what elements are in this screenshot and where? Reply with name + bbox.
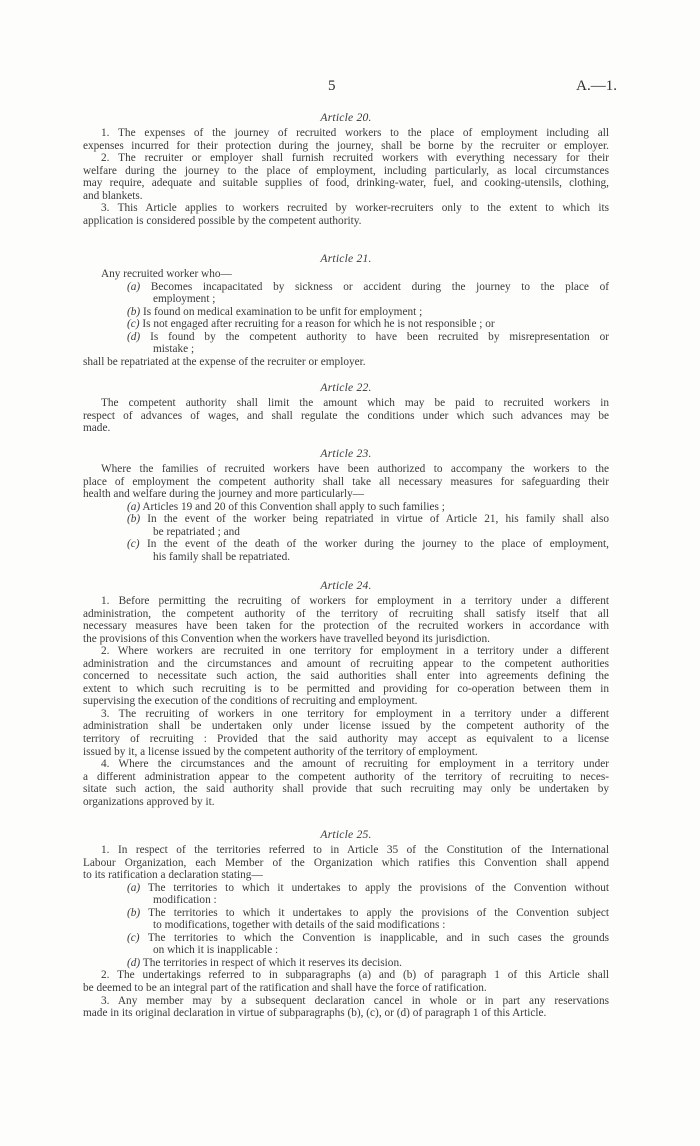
line-text: Labour Organization, each Member of the … xyxy=(83,857,609,869)
list-label: (b) xyxy=(127,306,140,318)
line-text: shall be repatriated at the expense of t… xyxy=(83,356,366,368)
text-line: 1. In respect of the territories referre… xyxy=(83,844,609,857)
line-text: to modifications, together with details … xyxy=(153,919,445,931)
text-line: place of employment the competent author… xyxy=(83,476,609,489)
line-text: 2. The undertakings referred to in subpa… xyxy=(101,969,609,981)
line-text: to its ratification a declaration statin… xyxy=(83,869,263,881)
text-line: The competent authority shall limit the … xyxy=(83,397,609,410)
line-text: administration, the competent authority … xyxy=(83,608,609,620)
line-text: 3. This Article applies to workers recru… xyxy=(101,202,609,214)
list-label: (a) xyxy=(127,501,140,513)
list-label: (a) xyxy=(127,281,140,293)
text-line: 2. The recruiter or employer shall furni… xyxy=(83,152,609,165)
line-text: place of employment the competent author… xyxy=(83,476,609,488)
text-line: mistake ; xyxy=(83,343,609,356)
text-line: (b) The territories to which it undertak… xyxy=(83,907,609,920)
text-line: issued by it, a license issued by the co… xyxy=(83,746,609,759)
list-label: (c) xyxy=(127,932,140,944)
article-section: Article 25.1. In respect of the territor… xyxy=(83,827,609,1020)
line-text: expenses incurred for their protection d… xyxy=(83,140,609,152)
text-line: 1. Before permitting the recruiting of w… xyxy=(83,595,609,608)
text-line: 3. This Article applies to workers recru… xyxy=(83,202,609,215)
article-section: Article 22.The competent authority shall… xyxy=(83,380,609,435)
line-text: 2. Where workers are recruited in one te… xyxy=(101,645,609,657)
line-text: supervising the execution of the conditi… xyxy=(83,695,417,707)
line-text: The territories to which it undertakes t… xyxy=(140,907,609,919)
line-text: 3. Any member may by a subsequent declar… xyxy=(101,995,609,1007)
text-line: necessary measures have been taken for t… xyxy=(83,620,609,633)
article-section: Article 20.1. The expenses of the journe… xyxy=(83,110,609,227)
text-line: be repatriated ; and xyxy=(83,526,609,539)
text-line: 1. The expenses of the journey of recrui… xyxy=(83,127,609,140)
list-label: (d) xyxy=(127,331,140,343)
text-line: to modifications, together with details … xyxy=(83,919,609,932)
text-line: expenses incurred for their protection d… xyxy=(83,140,609,153)
text-line: (d) Is found by the competent authority … xyxy=(83,331,609,344)
text-line: modification : xyxy=(83,894,609,907)
article-heading: Article 21. xyxy=(83,251,609,266)
line-text: The territories to which it undertakes t… xyxy=(140,882,609,894)
text-line: extent to which such recruiting is to be… xyxy=(83,683,609,696)
text-line: supervising the execution of the conditi… xyxy=(83,695,609,708)
text-line: (a) Articles 19 and 20 of this Conventio… xyxy=(83,501,609,514)
text-line: application is considered possible by th… xyxy=(83,215,609,228)
line-text: be repatriated ; and xyxy=(153,526,240,538)
line-text: necessary measures have been taken for t… xyxy=(83,620,609,632)
text-line: (a) Becomes incapacitated by sickness or… xyxy=(83,281,609,294)
list-label: (c) xyxy=(127,538,140,550)
text-line: 2. The undertakings referred to in subpa… xyxy=(83,969,609,982)
text-line: (a) The territories to which it undertak… xyxy=(83,882,609,895)
line-text: 3. The recruiting of workers in one terr… xyxy=(101,708,609,720)
text-line: (c) In the event of the death of the wor… xyxy=(83,538,609,551)
text-line: his family shall be repatriated. xyxy=(83,551,609,564)
line-text: The territories to which the Convention … xyxy=(140,932,609,944)
text-line: Where the families of recruited workers … xyxy=(83,463,609,476)
line-text: mistake ; xyxy=(153,343,194,355)
text-line: administration, the competent authority … xyxy=(83,608,609,621)
line-text: welfare during the journey to the place … xyxy=(83,165,609,177)
article-heading: Article 20. xyxy=(83,110,609,125)
text-line: welfare during the journey to the place … xyxy=(83,165,609,178)
line-text: made in its original declaration in virt… xyxy=(83,1007,546,1019)
line-text: issued by it, a license issued by the co… xyxy=(83,746,478,758)
text-line: a different administration appear to the… xyxy=(83,771,609,784)
article-heading: Article 23. xyxy=(83,446,609,461)
text-line: shall be repatriated at the expense of t… xyxy=(83,356,609,369)
line-text: organizations approved by it. xyxy=(83,796,215,808)
line-text: territory of recruiting : Provided that … xyxy=(83,733,609,745)
article-heading: Article 22. xyxy=(83,380,609,395)
line-text: 1. The expenses of the journey of recrui… xyxy=(101,127,609,139)
article-heading: Article 24. xyxy=(83,578,609,593)
text-line: to its ratification a declaration statin… xyxy=(83,869,609,882)
text-line: the provisions of this Convention when t… xyxy=(83,633,609,646)
article-section: Article 23.Where the families of recruit… xyxy=(83,446,609,563)
line-text: on which it is inapplicable : xyxy=(153,944,278,956)
article-section: Article 21.Any recruited worker who—(a) … xyxy=(83,251,609,368)
line-text: a different administration appear to the… xyxy=(83,771,609,783)
text-line: administration shall be undertaken only … xyxy=(83,720,609,733)
text-line: 2. Where workers are recruited in one te… xyxy=(83,645,609,658)
line-text: respect of advances of wages, and shall … xyxy=(83,410,609,422)
line-text: application is considered possible by th… xyxy=(83,215,361,227)
text-line: Any recruited worker who— xyxy=(83,268,609,281)
list-label: (d) xyxy=(127,957,140,969)
line-text: 4. Where the circumstances and the amoun… xyxy=(101,758,609,770)
text-line: and blankets. xyxy=(83,190,609,203)
list-label: (c) xyxy=(127,318,140,330)
article-section: Article 24.1. Before permitting the recr… xyxy=(83,578,609,808)
line-text: employment ; xyxy=(153,293,215,305)
text-line: Labour Organization, each Member of the … xyxy=(83,857,609,870)
text-line: territory of recruiting : Provided that … xyxy=(83,733,609,746)
list-label: (a) xyxy=(127,882,140,894)
line-text: the provisions of this Convention when t… xyxy=(83,633,490,645)
text-line: on which it is inapplicable : xyxy=(83,944,609,957)
text-line: concerned to necessitate such action, th… xyxy=(83,670,609,683)
text-line: (c) The territories to which the Convent… xyxy=(83,932,609,945)
article-heading: Article 25. xyxy=(83,827,609,842)
line-text: sitate such action, the said authority s… xyxy=(83,783,609,795)
line-text: be deemed to be an integral part of the … xyxy=(83,982,487,994)
line-text: extent to which such recruiting is to be… xyxy=(83,683,609,695)
text-line: sitate such action, the said authority s… xyxy=(83,783,609,796)
text-line: made. xyxy=(83,422,609,435)
line-text: Is not engaged after recruiting for a re… xyxy=(140,318,495,330)
line-text: health and welfare during the journey an… xyxy=(83,488,364,500)
line-text: administration shall be undertaken only … xyxy=(83,720,609,732)
text-line: 3. The recruiting of workers in one terr… xyxy=(83,708,609,721)
line-text: In the event of the worker being repatri… xyxy=(140,513,609,525)
line-text: may require, adequate and suitable suppl… xyxy=(83,177,609,189)
text-line: (d) The territories in respect of which … xyxy=(83,957,609,970)
text-line: employment ; xyxy=(83,293,609,306)
text-line: (b) In the event of the worker being rep… xyxy=(83,513,609,526)
line-text: Any recruited worker who— xyxy=(101,268,232,280)
line-text: Is found by the competent authority to h… xyxy=(140,331,609,343)
page-number: 5 xyxy=(328,78,336,95)
line-text: Where the families of recruited workers … xyxy=(101,463,609,475)
text-line: administration and the circumstances and… xyxy=(83,658,609,671)
text-line: 4. Where the circumstances and the amoun… xyxy=(83,758,609,771)
line-text: modification : xyxy=(153,894,217,906)
text-line: be deemed to be an integral part of the … xyxy=(83,982,609,995)
list-label: (b) xyxy=(127,513,140,525)
text-line: may require, adequate and suitable suppl… xyxy=(83,177,609,190)
text-line: (b) Is found on medical examination to b… xyxy=(83,306,609,319)
line-text: concerned to necessitate such action, th… xyxy=(83,670,609,682)
line-text: made. xyxy=(83,422,110,434)
text-line: (c) Is not engaged after recruiting for … xyxy=(83,318,609,331)
text-line: organizations approved by it. xyxy=(83,796,609,809)
line-text: The territories in respect of which it r… xyxy=(140,957,402,969)
line-text: 2. The recruiter or employer shall furni… xyxy=(101,152,609,164)
text-line: health and welfare during the journey an… xyxy=(83,488,609,501)
line-text: his family shall be repatriated. xyxy=(153,551,290,563)
line-text: administration and the circumstances and… xyxy=(83,658,609,670)
line-text: Becomes incapacitated by sickness or acc… xyxy=(140,281,609,293)
line-text: In the event of the death of the worker … xyxy=(140,538,609,550)
line-text: 1. In respect of the territories referre… xyxy=(101,844,609,856)
text-line: respect of advances of wages, and shall … xyxy=(83,410,609,423)
list-label: (b) xyxy=(127,907,140,919)
line-text: and blankets. xyxy=(83,190,143,202)
text-line: 3. Any member may by a subsequent declar… xyxy=(83,995,609,1008)
line-text: The competent authority shall limit the … xyxy=(101,397,609,409)
text-line: made in its original declaration in virt… xyxy=(83,1007,609,1020)
line-text: 1. Before permitting the recruiting of w… xyxy=(101,595,609,607)
document-reference: A.—1. xyxy=(576,78,617,95)
line-text: Articles 19 and 20 of this Convention sh… xyxy=(140,501,445,513)
line-text: Is found on medical examination to be un… xyxy=(140,306,422,318)
